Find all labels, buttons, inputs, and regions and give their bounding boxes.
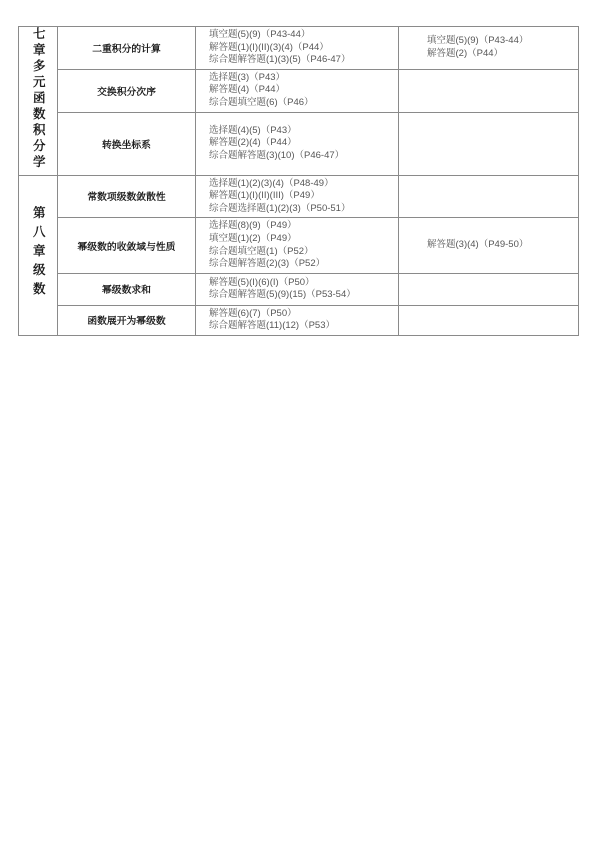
problems-cell: 选择题(8)(9)（P49） 填空题(1)(2)（P49） 综合题填空题(1)（…	[196, 218, 399, 273]
exercise-index-table: 七章多元函数积分学 二重积分的计算 填空题(5)(9)（P43-44） 解答题(…	[18, 26, 579, 336]
topic-label: 转换坐标系	[102, 140, 151, 151]
problem-line: 填空题(5)(9)（P43-44）	[209, 29, 398, 42]
table-row: 第八章级数 常数项级数敛散性 选择题(1)(2)(3)(4)（P48-49） 解…	[19, 175, 579, 218]
document-page: 七章多元函数积分学 二重积分的计算 填空题(5)(9)（P43-44） 解答题(…	[0, 0, 596, 842]
topic-cell: 转换坐标系	[58, 112, 196, 175]
problem-line: 综合题填空题(1)（P52）	[209, 246, 398, 259]
topic-cell: 函数展开为幂级数	[58, 305, 196, 335]
problem-line: 解答题(2)(4)（P44）	[209, 137, 398, 150]
table-row: 函数展开为幂级数 解答题(6)(7)（P50） 综合题解答题(11)(12)（P…	[19, 305, 579, 335]
topic-label: 交换积分次序	[97, 87, 156, 98]
chapter-8-label: 第八章级数	[32, 206, 45, 301]
problems-cell-empty	[399, 112, 579, 175]
topic-label: 二重积分的计算	[92, 44, 161, 55]
table-row: 交换积分次序 选择题(3)（P43） 解答题(4)（P44） 综合题填空题(6)…	[19, 69, 579, 112]
problems-cell: 解答题(6)(7)（P50） 综合题解答题(11)(12)（P53）	[196, 305, 399, 335]
problem-line: 选择题(3)（P43）	[209, 72, 398, 85]
topic-label: 函数展开为幂级数	[87, 316, 165, 327]
problem-line: 综合题选择题(1)(2)(3)（P50-51）	[209, 203, 398, 216]
problem-line: 填空题(5)(9)（P43-44）	[427, 35, 578, 48]
problem-line: 解答题(1)(I)(II)(III)（P49）	[209, 190, 398, 203]
table-row: 幂级数求和 解答题(5)(I)(6)(I)（P50） 综合题解答题(5)(9)(…	[19, 273, 579, 305]
topic-label: 幂级数求和	[102, 285, 151, 296]
problem-line: 选择题(4)(5)（P43）	[209, 125, 398, 138]
problem-line: 综合题解答题(5)(9)(15)（P53-54）	[209, 289, 398, 302]
topic-cell: 常数项级数敛散性	[58, 175, 196, 218]
problems-cell-empty	[399, 305, 579, 335]
topic-cell: 二重积分的计算	[58, 27, 196, 70]
problems-cell-empty	[399, 175, 579, 218]
problems-cell: 选择题(3)（P43） 解答题(4)（P44） 综合题填空题(6)（P46）	[196, 69, 399, 112]
table-row: 幂级数的收敛域与性质 选择题(8)(9)（P49） 填空题(1)(2)（P49）…	[19, 218, 579, 273]
chapter-8-cell: 第八章级数	[19, 175, 58, 335]
problem-line: 综合题解答题(2)(3)（P52）	[209, 258, 398, 271]
problem-line: 解答题(4)（P44）	[209, 84, 398, 97]
topic-cell: 交换积分次序	[58, 69, 196, 112]
problems-cell-empty	[399, 69, 579, 112]
problem-line: 填空题(1)(2)（P49）	[209, 233, 398, 246]
topic-label: 幂级数的收敛域与性质	[78, 242, 176, 253]
problem-line: 选择题(8)(9)（P49）	[209, 220, 398, 233]
problem-line: 综合题解答题(11)(12)（P53）	[209, 320, 398, 333]
problems-cell: 解答题(5)(I)(6)(I)（P50） 综合题解答题(5)(9)(15)（P5…	[196, 273, 399, 305]
problems-cell: 填空题(5)(9)（P43-44） 解答题(1)(I)(II)(3)(4)（P4…	[196, 27, 399, 70]
table-row: 七章多元函数积分学 二重积分的计算 填空题(5)(9)（P43-44） 解答题(…	[19, 27, 579, 70]
problem-line: 综合题解答题(1)(3)(5)（P46-47）	[209, 54, 398, 67]
problems-cell: 选择题(4)(5)（P43） 解答题(2)(4)（P44） 综合题解答题(3)(…	[196, 112, 399, 175]
problem-line: 综合题解答题(3)(10)（P46-47）	[209, 150, 398, 163]
table-row: 转换坐标系 选择题(4)(5)（P43） 解答题(2)(4)（P44） 综合题解…	[19, 112, 579, 175]
problems-cell: 选择题(1)(2)(3)(4)（P48-49） 解答题(1)(I)(II)(II…	[196, 175, 399, 218]
chapter-7-label: 七章多元函数积分学	[32, 27, 45, 171]
problem-line: 综合题填空题(6)（P46）	[209, 97, 398, 110]
topic-cell: 幂级数的收敛域与性质	[58, 218, 196, 273]
topic-label: 常数项级数敛散性	[87, 192, 165, 203]
problems-cell-empty	[399, 273, 579, 305]
chapter-7-cell: 七章多元函数积分学	[19, 27, 58, 176]
problem-line: 解答题(6)(7)（P50）	[209, 308, 398, 321]
problem-line: 解答题(2)（P44）	[427, 48, 578, 61]
problems-cell-secondary: 解答题(3)(4)（P49-50）	[399, 218, 579, 273]
problem-line: 解答题(5)(I)(6)(I)（P50）	[209, 277, 398, 290]
topic-cell: 幂级数求和	[58, 273, 196, 305]
problems-cell-secondary: 填空题(5)(9)（P43-44） 解答题(2)（P44）	[399, 27, 579, 70]
problem-line: 解答题(3)(4)（P49-50）	[427, 239, 578, 252]
problem-line: 选择题(1)(2)(3)(4)（P48-49）	[209, 178, 398, 191]
problem-line: 解答题(1)(I)(II)(3)(4)（P44）	[209, 42, 398, 55]
